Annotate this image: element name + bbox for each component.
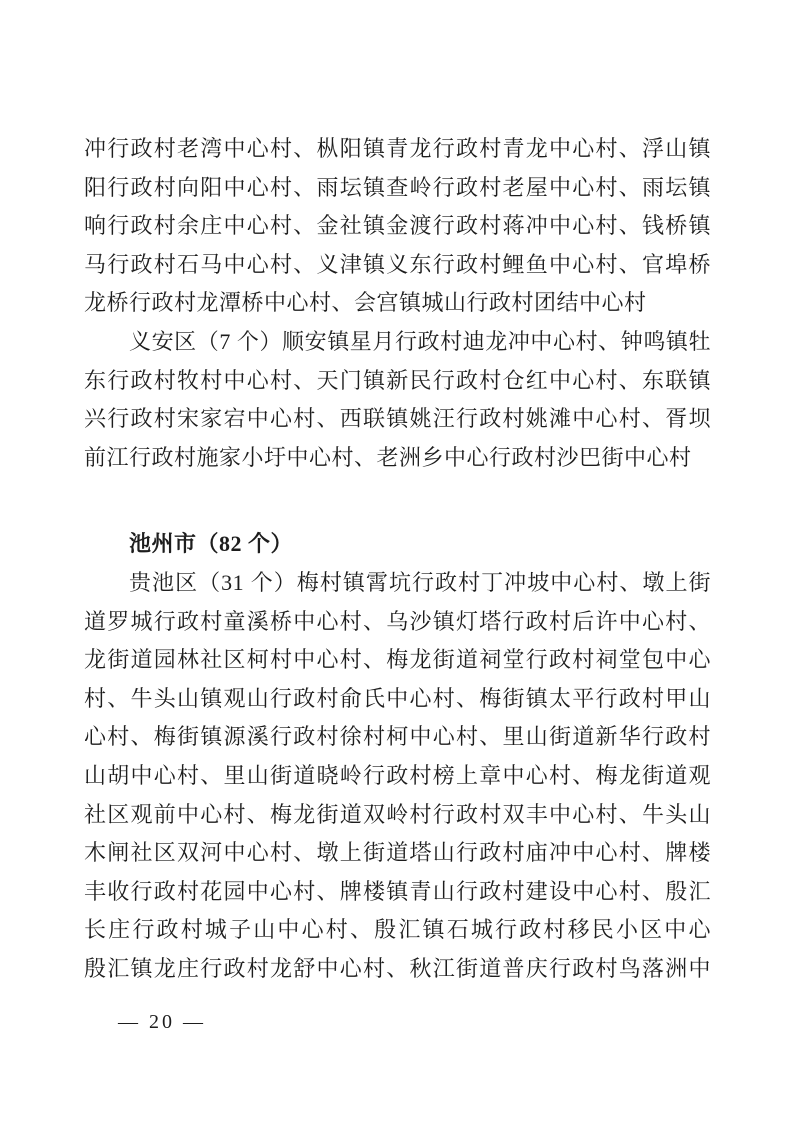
page-number: — 20 — (118, 1007, 206, 1037)
text-line: 山胡中心村、里山街道晓岭行政村榜上章中心村、梅龙街道观前 (84, 757, 711, 796)
text-line: 殷汇镇龙庄行政村龙舒中心村、秋江街道普庆行政村鸟落洲中心 (84, 950, 711, 989)
text-line: 贵池区（31 个）梅村镇霄坑行政村丁冲坡中心村、墩上街 (84, 564, 711, 603)
text-line: 东行政村牧村中心村、天门镇新民行政村仓红中心村、东联镇合 (84, 362, 711, 401)
text-line: 兴行政村宋家宕中心村、西联镇姚汪行政村姚滩中心村、胥坝乡 (84, 400, 711, 439)
text-line: 村、牛头山镇观山行政村俞氏中心村、梅街镇太平行政村甲山中 (84, 680, 711, 719)
text-line: 马行政村石马中心村、义津镇义东行政村鲤鱼中心村、官埠桥镇 (84, 246, 711, 285)
text-line: 道罗城行政村童溪桥中心村、乌沙镇灯塔行政村后许中心村、梅 (84, 603, 711, 642)
text-line: 龙街道园林社区柯村中心村、梅龙街道祠堂行政村祠堂包中心 (84, 641, 711, 680)
text-line: 长庄行政村城子山中心村、殷汇镇石城行政村移民小区中心村、 (84, 911, 711, 950)
text-line: 心村、梅街镇源溪行政村徐村柯中心村、里山街道新华行政村晓 (84, 718, 711, 757)
text-line: 前江行政村施家小圩中心村、老洲乡中心行政村沙巴街中心村 (84, 439, 711, 478)
paragraph: 贵池区（31 个）梅村镇霄坑行政村丁冲坡中心村、墩上街道罗城行政村童溪桥中心村、… (84, 564, 711, 989)
text-line: 冲行政村老湾中心村、枞阳镇青龙行政村青龙中心村、浮山镇向 (84, 130, 711, 169)
text-line: 义安区（7 个）顺安镇星月行政村迪龙冲中心村、钟鸣镇牡 (84, 323, 711, 362)
text-line: 丰收行政村花园中心村、牌楼镇青山行政村建设中心村、殷汇镇 (84, 873, 711, 912)
text-line: 木闸社区双河中心村、墩上街道塔山行政村庙冲中心村、牌楼镇 (84, 834, 711, 873)
text-line: 响行政村余庄中心村、金社镇金渡行政村蒋冲中心村、钱桥镇石 (84, 207, 711, 246)
document-body: 冲行政村老湾中心村、枞阳镇青龙行政村青龙中心村、浮山镇向阳行政村向阳中心村、雨坛… (84, 130, 711, 988)
text-line: 社区观前中心村、梅龙街道双岭村行政村双丰中心村、牛头山镇 (84, 796, 711, 835)
text-line: 阳行政村向阳中心村、雨坛镇查岭行政村老屋中心村、雨坛镇合 (84, 169, 711, 208)
paragraph: 义安区（7 个）顺安镇星月行政村迪龙冲中心村、钟鸣镇牡东行政村牧村中心村、天门镇… (84, 323, 711, 477)
paragraph: 冲行政村老湾中心村、枞阳镇青龙行政村青龙中心村、浮山镇向阳行政村向阳中心村、雨坛… (84, 130, 711, 323)
section-heading: 池州市（82 个） (84, 525, 711, 564)
document-page: 冲行政村老湾中心村、枞阳镇青龙行政村青龙中心村、浮山镇向阳行政村向阳中心村、雨坛… (0, 0, 793, 1122)
text-line: 龙桥行政村龙潭桥中心村、会宫镇城山行政村团结中心村 (84, 284, 711, 323)
